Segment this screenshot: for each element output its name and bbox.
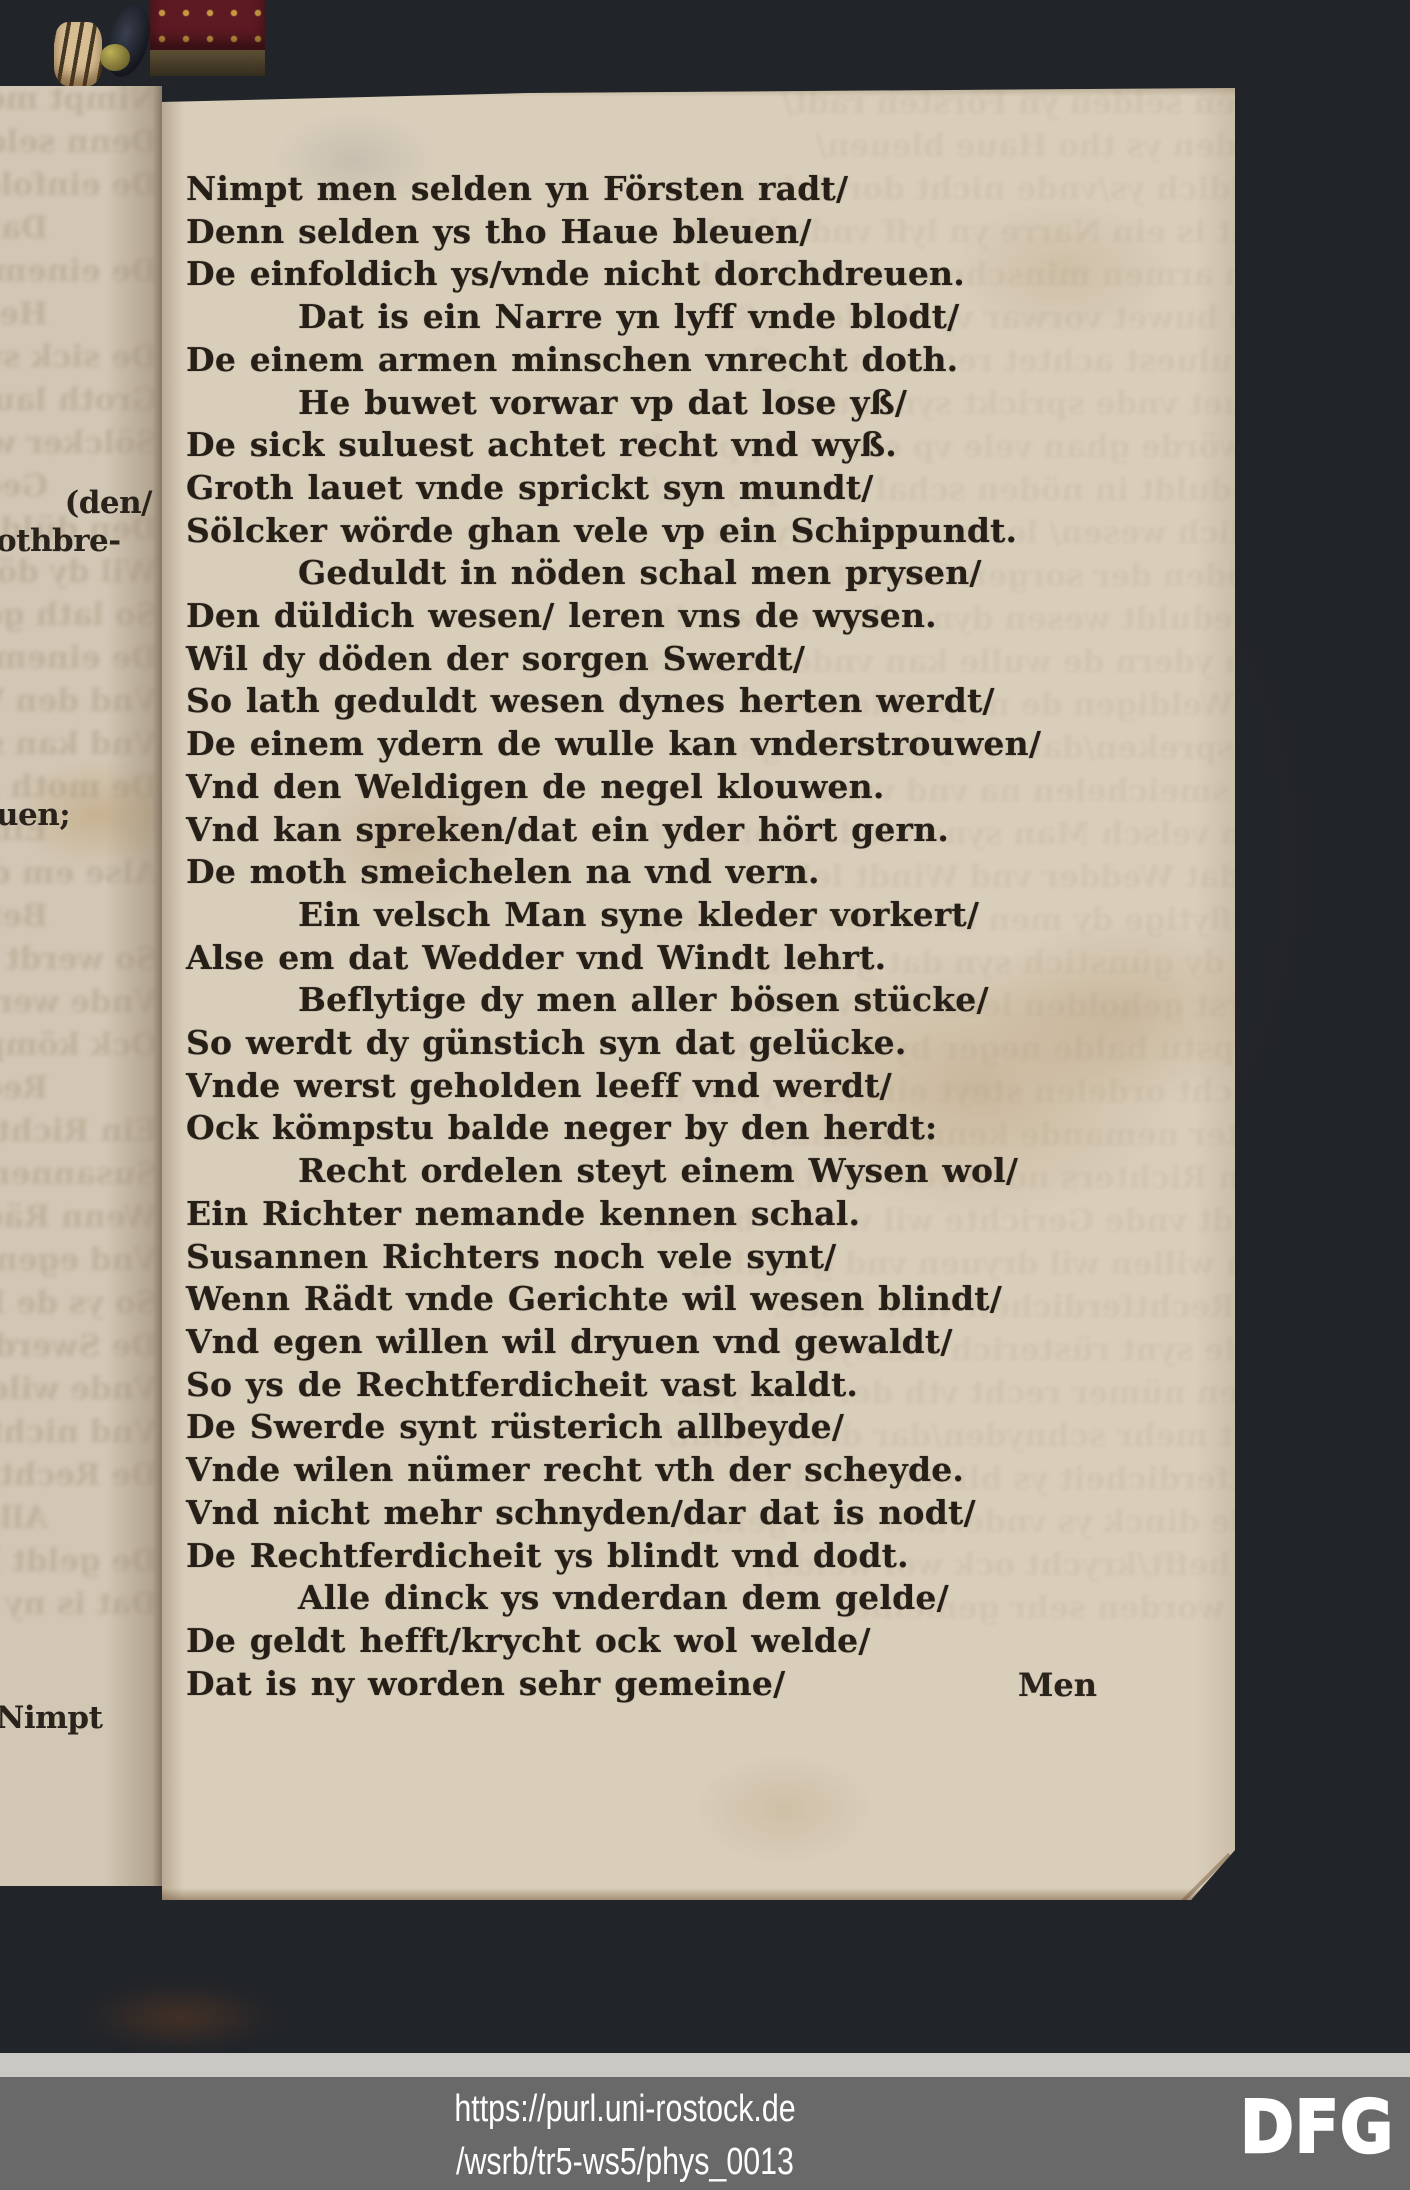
text-line: Denn selden ys tho Haue bleuen/ <box>186 211 1166 254</box>
text-line: Vnd den Weldigen de negel klouwen. <box>186 766 1166 809</box>
text-line: De Rechtferdicheit ys blindt vnd dodt. <box>186 1535 1166 1578</box>
text-line: Vnd egen willen wil dryuen vnd gewaldt/ <box>186 1321 1166 1364</box>
spine-fabric-ornament <box>150 0 265 50</box>
text-line: De moth smeichelen na vnd vern. <box>186 851 1166 894</box>
permalink-line2: /wsrb/tr5-ws5/phys_0013 <box>125 2136 1125 2189</box>
text-line: Vnd nicht mehr schnyden/dar dat is nodt/ <box>186 1492 1166 1535</box>
book-page: Nimpt men selden yn Försten radt/Denn se… <box>162 88 1235 1900</box>
text-line: Alle dinck ys vnderdan dem gelde/ <box>186 1577 1166 1620</box>
text-line: Beflytige dy men aller bösen stücke/ <box>186 979 1166 1022</box>
text-line: He buwet vorwar vp dat lose yß/ <box>186 382 1166 425</box>
page-edge-fragment: (den/ <box>65 485 152 521</box>
text-line: De einfoldich ys/vnde nicht dorchdreuen. <box>186 253 1166 296</box>
text-line: Ein Richter nemande kennen schal. <box>186 1193 1166 1236</box>
text-line: De Swerde synt rüsterich allbeyde/ <box>186 1406 1166 1449</box>
text-line: De einem armen minschen vnrecht doth. <box>186 339 1166 382</box>
spine-shadow <box>150 50 265 76</box>
text-line: De einem ydern de wulle kan vnderstrouwe… <box>186 723 1166 766</box>
book-photo: Nimpt men selden yn Försten radt/Denn se… <box>0 0 1410 2053</box>
text-block: Nimpt men selden yn Försten radt/Denn se… <box>186 168 1166 1705</box>
text-line: Vnde werst geholden leeff vnd werdt/ <box>186 1065 1166 1108</box>
headband-cord <box>99 0 158 82</box>
page-edge-fragment: uen; <box>0 797 70 833</box>
text-line: Dat is ein Narre yn lyff vnde blodt/ <box>186 296 1166 339</box>
text-line: De geldt hefft/krycht ock wol welde/ <box>186 1620 1166 1663</box>
left-page-edge: Nimpt men selden yn Försten radt/Denn se… <box>0 86 162 1886</box>
text-line: So ys de Rechtferdicheit vast kaldt. <box>186 1364 1166 1407</box>
catchword: Men <box>1018 1666 1097 1704</box>
text-line: Ock kömpstu balde neger by den herdt: <box>186 1107 1166 1150</box>
permalink-line1: https://purl.uni-rostock.de <box>125 2083 1125 2136</box>
text-line: De sick suluest achtet recht vnd wyß. <box>186 424 1166 467</box>
permalink: https://purl.uni-rostock.de /wsrb/tr5-ws… <box>125 2083 1125 2189</box>
text-line: Geduldt in nöden schal men prysen/ <box>186 552 1166 595</box>
endband <box>54 22 102 86</box>
text-line: Vnde wilen nümer recht vth der scheyde. <box>186 1449 1166 1492</box>
footer-light-strip <box>0 2053 1410 2077</box>
text-line: So werdt dy günstich syn dat gelücke. <box>186 1022 1166 1065</box>
book-headband-decoration <box>50 0 265 92</box>
text-line: Wil dy döden der sorgen Swerdt/ <box>186 638 1166 681</box>
text-line: So lath geduldt wesen dynes herten werdt… <box>186 680 1166 723</box>
book-board-edge <box>80 1982 280 2052</box>
text-line: Alse em dat Wedder vnd Windt lehrt. <box>186 937 1166 980</box>
text-line: Den düldich wesen/ leren vns de wysen. <box>186 595 1166 638</box>
footer-bar: https://purl.uni-rostock.de /wsrb/tr5-ws… <box>0 2077 1410 2190</box>
page-edge-fragment: othbre- <box>0 523 121 559</box>
text-line: Ein velsch Man syne kleder vorkert/ <box>186 894 1166 937</box>
text-line: Vnd kan spreken/dat ein yder hört gern. <box>186 809 1166 852</box>
scan-viewer-page: Nimpt men selden yn Försten radt/Denn se… <box>0 0 1410 2190</box>
text-line: Sölcker wörde ghan vele vp ein Schippund… <box>186 510 1166 553</box>
text-line: Susannen Richters noch vele synt/ <box>186 1236 1166 1279</box>
dfg-logo: DFG <box>1240 2085 1394 2169</box>
endband-bead <box>100 44 130 71</box>
bleedthrough-text: Nimpt men selden yn Försten radt/Denn se… <box>0 86 158 1626</box>
text-line: Wenn Rädt vnde Gerichte wil wesen blindt… <box>186 1278 1166 1321</box>
text-line: Nimpt men selden yn Försten radt/ <box>186 168 1166 211</box>
text-line: Groth lauet vnde sprickt syn mundt/ <box>186 467 1166 510</box>
text-line: Recht ordelen steyt einem Wysen wol/ <box>186 1150 1166 1193</box>
corner-fold <box>1173 1853 1231 1900</box>
page-edge-fragment: Nimpt <box>0 1700 102 1736</box>
